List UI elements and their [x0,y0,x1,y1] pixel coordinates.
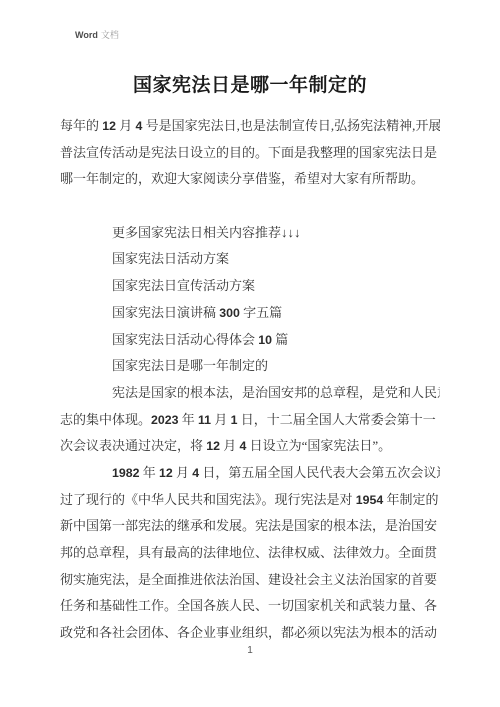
recommendation-item-5: 国家宪法日是哪一年制定的 [60,353,440,380]
constitution-paragraph-line-3: 次会议表决通过决定，将 12 月 4 日设立为“国家宪法日”。 [60,433,440,460]
latin-digits: 4 [192,466,199,480]
recommendation-item-1: 国家宪法日活动方案 [60,246,440,273]
document-title: 国家宪法日是哪一年制定的 [0,74,500,98]
latin-digits: 4 [136,119,143,133]
intro-line-3: 哪一年制定的，欢迎大家阅读分享借鉴，希望对大家有所帮助。 [60,166,440,193]
latin-digits: 12 [102,119,116,133]
intro-line-2: 普法宣传活动是宪法日设立的目的。下面是我整理的国家宪法日是 [60,140,440,167]
empty-line [60,193,440,220]
latin-digits: 1 [231,413,238,427]
latin-digits: 1982 [112,466,139,480]
word-document-page: Word文档 国家宪法日是哪一年制定的 每年的 12 月 4 号是国家宪法日,也… [0,0,500,707]
latin-digits: 2023 [151,413,178,427]
word-logo-text: Word [75,30,98,40]
latin-digits: 11 [198,413,211,427]
history-paragraph-line-4: 邦的总章程，具有最高的法律地位、法律权威、法律效力。全面贯 [60,540,440,567]
recommendation-item-2: 国家宪法日宣传活动方案 [60,273,440,300]
recommendation-heading: 更多国家宪法日相关内容推荐↓↓↓ [60,220,440,247]
doc-type-label: 文档 [101,30,119,40]
latin-digits: 1954 [356,493,383,507]
intro-line-1: 每年的 12 月 4 号是国家宪法日,也是法制宣传日,弘扬宪法精神,开展 [60,113,440,140]
history-paragraph-line-5: 彻实施宪法，是全面推进依法治国、建设社会主义法治国家的首要 [60,567,440,594]
latin-digits: 300 [219,306,240,320]
latin-digits: 12 [206,439,220,453]
latin-digits: 4 [240,439,247,453]
latin-digits: 12 [159,466,173,480]
history-paragraph-line-2: 过了现行的《中华人民共和国宪法》。现行宪法是对 1954 年制定的 [60,487,440,514]
page-number: 1 [0,645,500,657]
history-paragraph-line-6: 任务和基础性工作。全国各族人民、一切国家机关和武装力量、各 [60,593,440,620]
document-body: 每年的 12 月 4 号是国家宪法日,也是法制宣传日,弘扬宪法精神,开展 普法宣… [60,113,440,647]
constitution-paragraph-line-2: 志的集中体现。2023 年 11 月 1 日，十二届全国人大常委会第十一 [60,407,440,434]
constitution-paragraph-line-1: 宪法是国家的根本法，是治国安邦的总章程，是党和人民意 [60,380,440,407]
word-header: Word文档 [75,30,119,41]
history-paragraph-line-1: 1982 年 12 月 4 日，第五届全国人民代表大会第五次会议通 [60,460,440,487]
recommendation-item-4: 国家宪法日活动心得体会 10 篇 [60,327,440,354]
recommendation-item-3: 国家宪法日演讲稿 300 字五篇 [60,300,440,327]
history-paragraph-line-3: 新中国第一部宪法的继承和发展。宪法是国家的根本法，是治国安 [60,513,440,540]
history-paragraph-line-7: 政党和各社会团体、各企业事业组织，都必须以宪法为根本的活动 [60,620,440,647]
latin-digits: 10 [258,333,272,347]
